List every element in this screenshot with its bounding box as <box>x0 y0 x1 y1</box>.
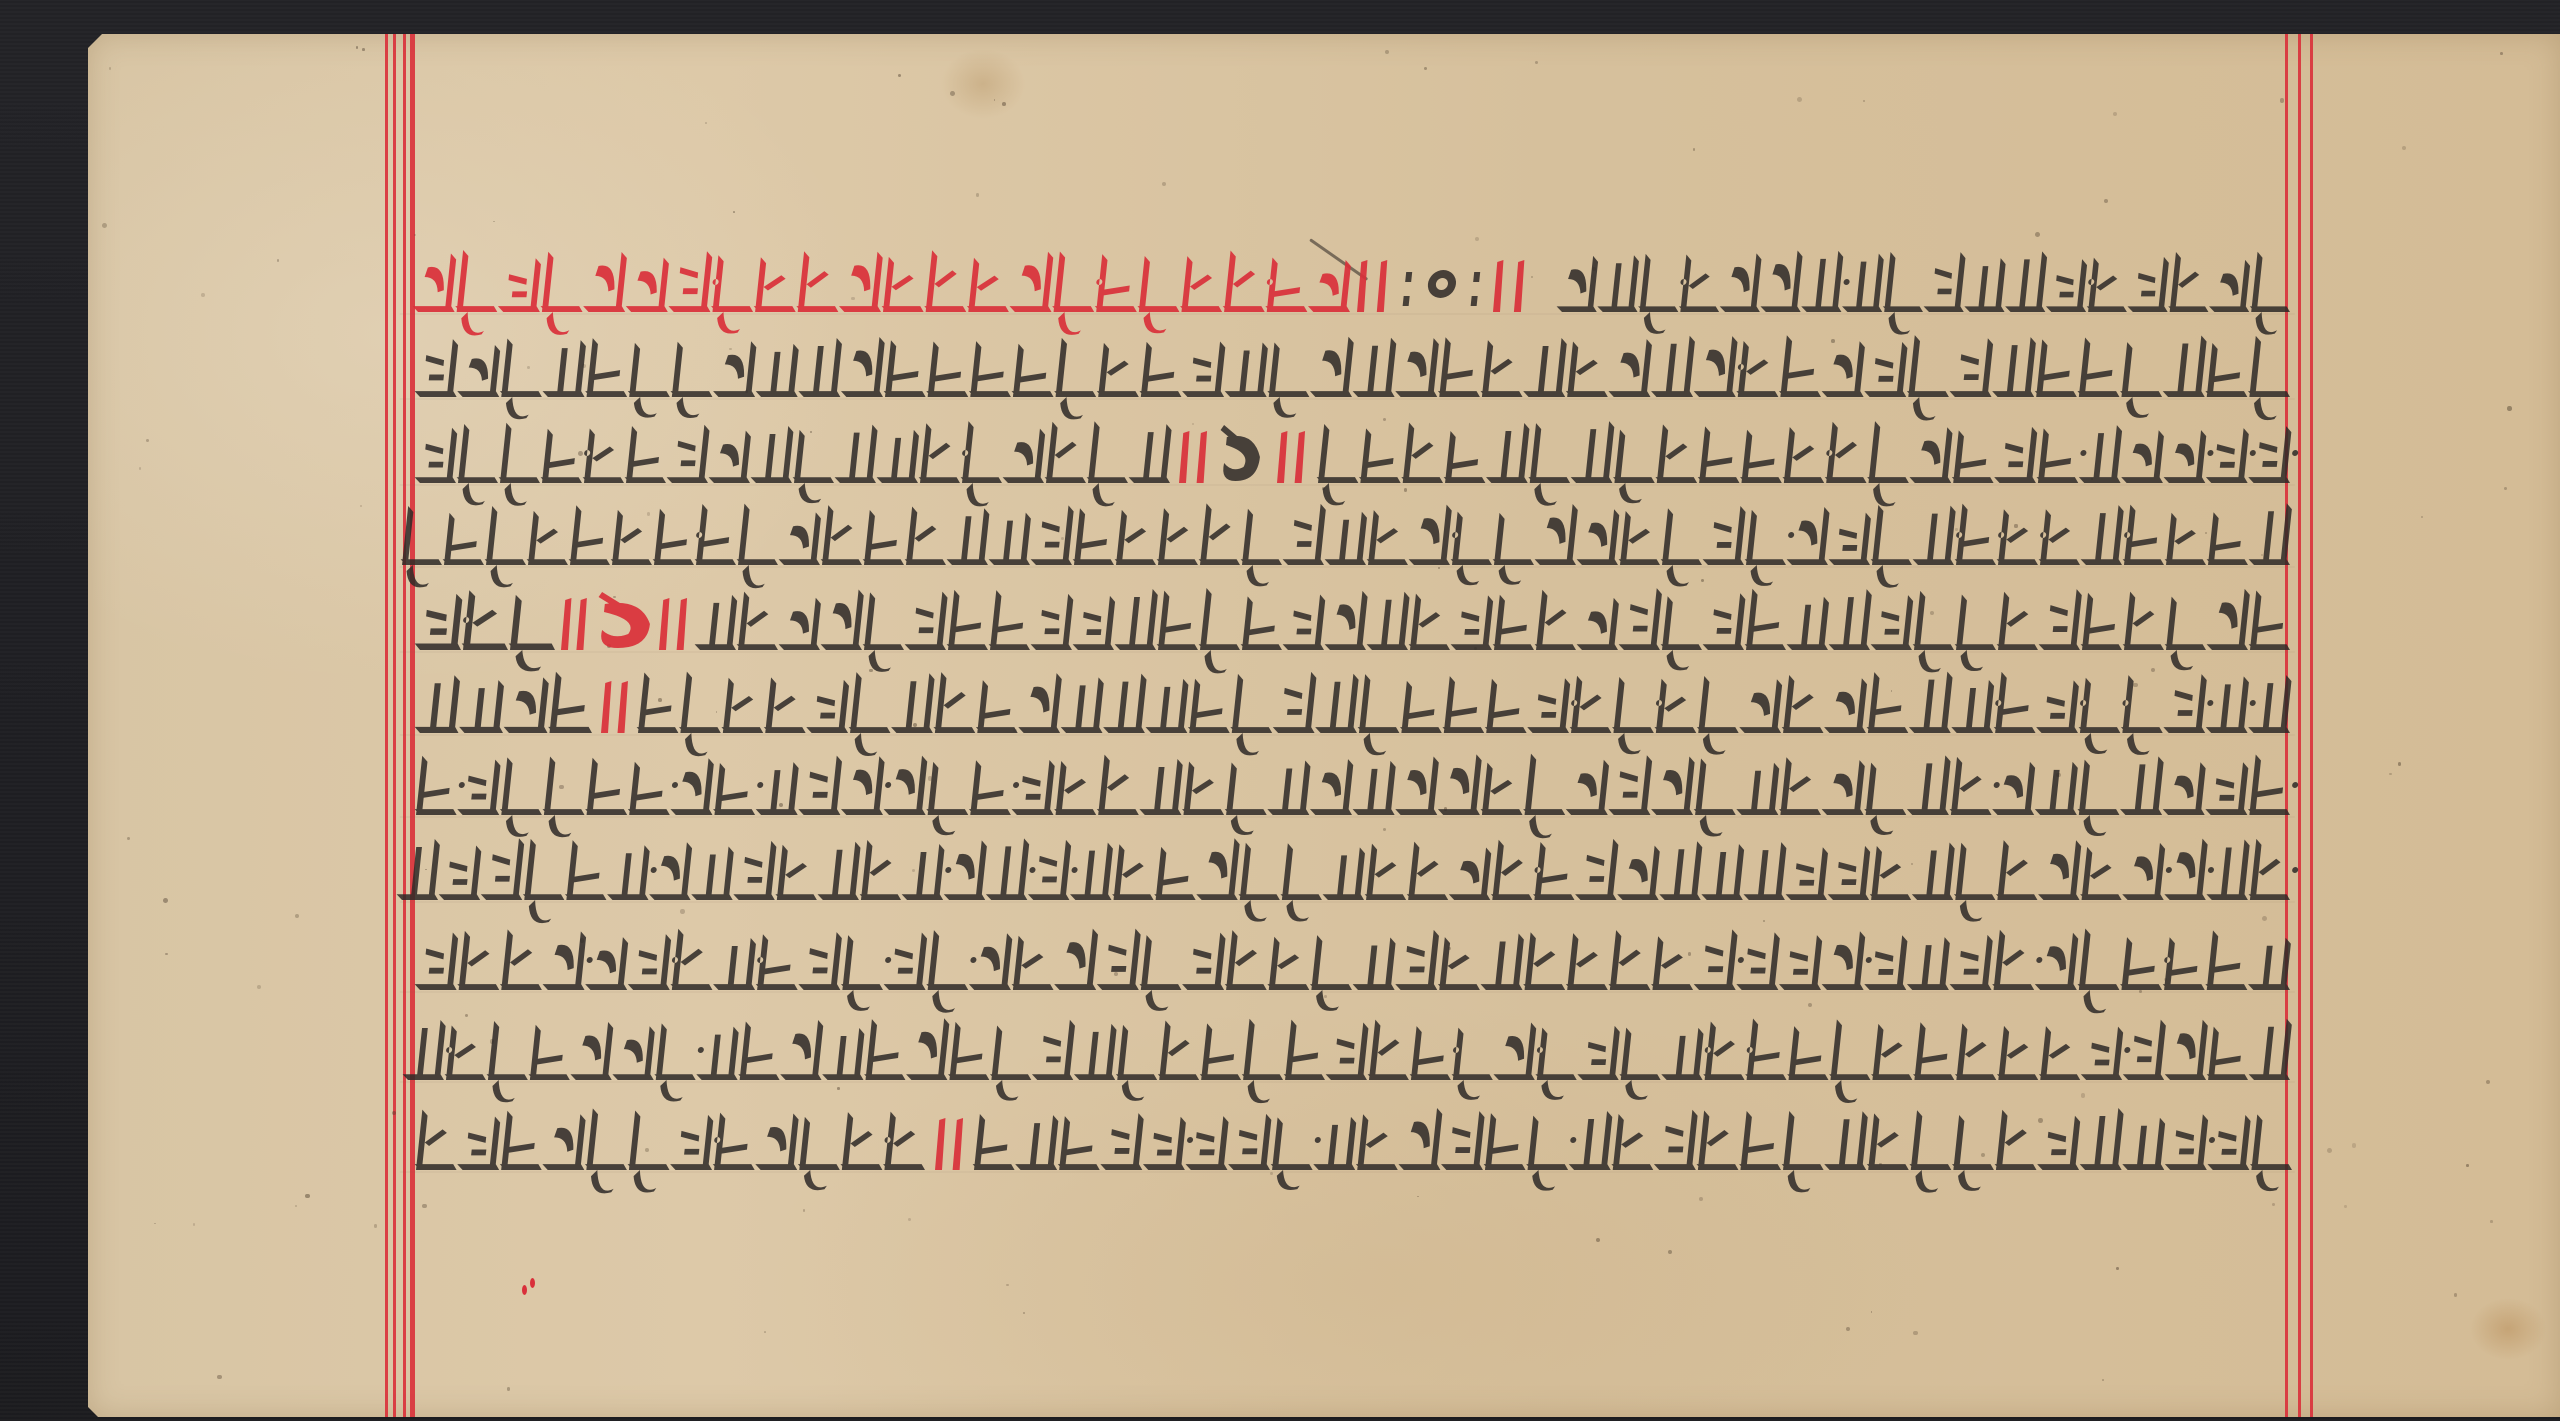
manuscript-text-block <box>88 34 2560 1417</box>
manuscript-line <box>88 1090 2560 1210</box>
manuscript-folio <box>88 34 2560 1417</box>
